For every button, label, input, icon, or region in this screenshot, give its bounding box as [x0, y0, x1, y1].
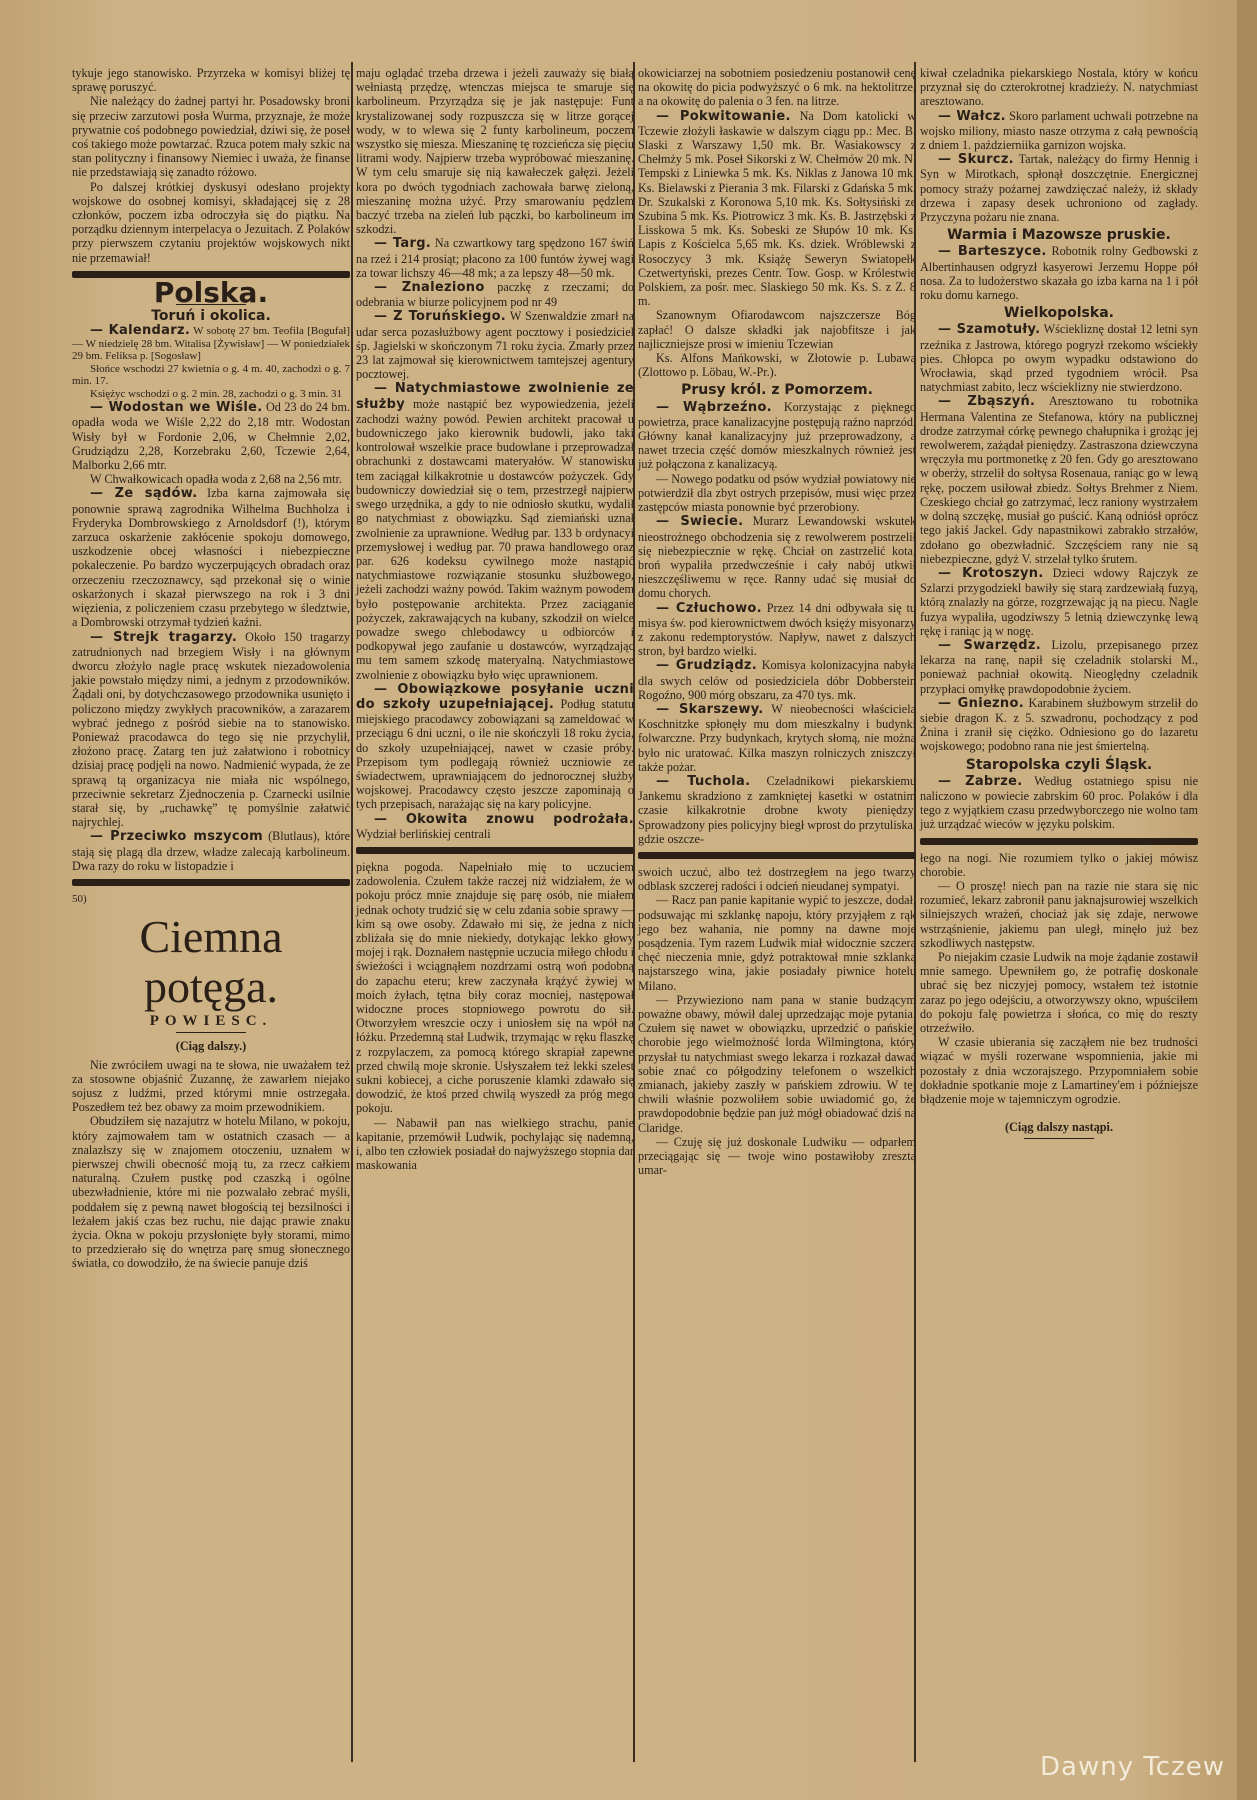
separator-bar [638, 852, 916, 859]
novel-text: — Czuję się już doskonale Ludwiku — odpa… [638, 1135, 916, 1178]
article-text: Podług statutu miejskiego pracodawcy zob… [356, 697, 634, 811]
separator-bar [920, 838, 1198, 845]
article-text: kiwał czeladnika piekarskiego Nostala, k… [920, 66, 1198, 109]
headline: — Wąbrzeźno. [656, 400, 772, 415]
novel-text: — Przywieziono nam pana w stanie budzący… [638, 993, 916, 1135]
separator-bar [72, 879, 350, 886]
headline: — Ze sądów. [90, 486, 197, 501]
section-title-slask: Staropolska czyli Śląsk. [920, 758, 1198, 772]
novel-text: łego na nogi. Nie rozumiem tylko o jakie… [920, 851, 1198, 879]
headline: — Zbąszyń. [938, 394, 1035, 409]
article-text: maju oglądać trzeba drzewa i jeżeli zauw… [356, 66, 634, 236]
headline: — Skarszewy. [656, 702, 764, 717]
column-1: tykuje jego stanowisko. Przyrzeka w komi… [72, 66, 350, 1271]
section-title-prusy: Prusy król. z Pomorzem. [638, 383, 916, 397]
column-4: kiwał czeladnika piekarskiego Nostala, k… [920, 66, 1198, 1143]
article-text: Wydział berlińskiej centrali [356, 827, 491, 841]
continued-label: (Ciąg dalszy.) [72, 1039, 350, 1053]
novel-text: Obudziłem się nazajutrz w hotelu Milano,… [72, 1114, 350, 1270]
section-title-warmia: Warmia i Mazowsze pruskie. [920, 228, 1198, 242]
headline: — Grudziądz. [656, 658, 757, 673]
headline: — Kalendarz. [90, 323, 190, 338]
article-text: Nie należący do żadnej partyi hr. Posado… [72, 94, 350, 179]
installment-number: 50) [72, 892, 350, 906]
headline: — Z Toruńskiego. [374, 309, 506, 324]
divider [176, 1032, 246, 1033]
section-title-torun: Toruń i okolica. [72, 309, 350, 323]
novel-text: swoich uczuć, albo też dostrzegłem na je… [638, 865, 916, 893]
headline: — Gniezno. [938, 696, 1024, 711]
article-text: Aresztowano tu robotnika Hermana Valenti… [920, 394, 1198, 565]
headline: — Pokwitowanie. [656, 109, 791, 124]
headline: — Strejk tragarzy. [90, 630, 237, 645]
column-3: okowiciarzej na sobotniem posiedzeniu po… [638, 66, 916, 1177]
headline: — Barteszyce. [938, 244, 1047, 259]
article-text: Na Dom katolicki w Tczewie złożyli łaska… [638, 109, 916, 309]
headline: — Szamotuły. [938, 322, 1040, 337]
novel-text: piękna pogoda. Napełniało mię to uczucie… [356, 860, 634, 1116]
page-edge [1237, 0, 1257, 1800]
novel-text: — O proszę! niech pan na razie nie stara… [920, 879, 1198, 950]
novel-text: — Racz pan panie kapitanie wypić to jesz… [638, 893, 916, 992]
article-text: Szanownym Ofiarodawcom najszczersze Bóg … [638, 308, 916, 351]
section-title-polska: Polska. [72, 286, 350, 300]
novel-text: Po niejakim czasie Ludwik na moje żądani… [920, 950, 1198, 1035]
section-title-wielkopolska: Wielkopolska. [920, 306, 1198, 320]
novel-title: Ciemna potęga. [72, 912, 350, 1012]
headline: — Skurcz. [938, 152, 1014, 167]
headline: — Wodostan we Wiśle. [90, 400, 263, 415]
headline: — Wałcz. [938, 109, 1006, 124]
headline: — Targ. [374, 236, 431, 251]
column-rule [351, 62, 353, 1762]
divider [1024, 1138, 1094, 1139]
headline: — Zabrze. [938, 774, 1022, 789]
headline: — Krotoszyn. [938, 566, 1044, 581]
separator-bar [356, 847, 634, 854]
to-be-continued: (Ciąg dalszy nastąpi. [920, 1120, 1198, 1134]
article-text: Słońce wschodzi 27 kwietnia o g. 4 m. 40… [72, 363, 350, 388]
headline: — Okowita znowu podrożała. [374, 812, 634, 827]
headline: — Znaleziono [374, 280, 485, 295]
article-text: Po dalszej krótkiej dyskusyi odesłano pr… [72, 180, 350, 265]
article-text: Izba karna zajmowała się ponownie sprawą… [72, 486, 350, 629]
novel-text: Nie zwróciłem uwagi na te słowa, nie uwa… [72, 1058, 350, 1115]
article-text: okowiciarzej na sobotniem posiedzeniu po… [638, 66, 916, 109]
headline: — Swiecie. [656, 514, 743, 529]
article-text: tykuje jego stanowisko. Przyrzeka w komi… [72, 66, 350, 94]
novel-text: W czasie ubierania się zacząłem nie bez … [920, 1035, 1198, 1106]
headline: — Swarzędz. [938, 638, 1041, 653]
watermark: Dawny Tczew [1040, 1752, 1225, 1782]
headline: — Przeciwko mszycom [90, 829, 263, 844]
headline: — Tuchola. [656, 774, 750, 789]
column-2: maju oglądać trzeba drzewa i jeżeli zauw… [356, 66, 634, 1172]
article-text: W Chwałkowicach opadła woda z 2,68 na 2,… [72, 472, 350, 486]
headline: — Człuchowo. [656, 601, 762, 616]
novel-text: — Nabawił pan nas wielkiego strachu, pan… [356, 1116, 634, 1173]
article-text: — Nowego podatku od psów wydział powiato… [638, 472, 916, 515]
signature: Ks. Alfons Mańkowski, w Złotowie p. Luba… [638, 351, 916, 379]
article-text: Księżyc wschodzi o g. 2 min. 28, zachodz… [72, 388, 350, 401]
article-text: może nastąpić bez wypowiedzenia, jeżeli … [356, 397, 634, 682]
article-text: Około 150 tragarzy zatrudnionych nad brz… [72, 630, 350, 830]
novel-subtitle: POWIESC. [72, 1014, 350, 1028]
